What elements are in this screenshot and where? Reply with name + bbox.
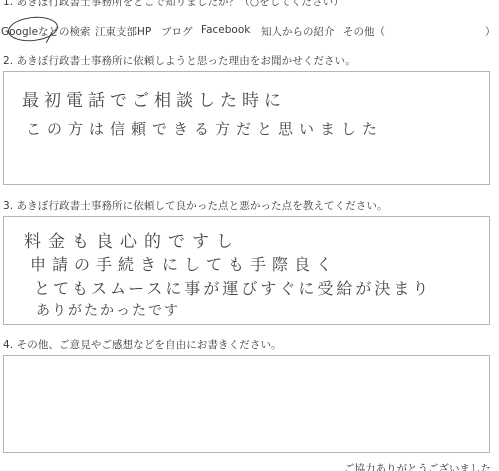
option-other[interactable]: その他（ [343,24,385,39]
question-2-answer-box[interactable]: 最初電話でご相談した時に この方は信頼できる方だと思いました [3,71,490,185]
option-koto-branch-hp[interactable]: 江東支部HP [95,24,151,39]
question-3-label: 3. あきぼ行政書士事務所に依頼して良かった点と悪かった点を教えてください。 [3,198,388,213]
answer-2-line-2: この方は信頼できる方だと思いました [26,118,383,139]
answer-3-line-3: とてもスムースに事が運びすぐに受給が決まり [34,276,431,299]
answer-3-line-4: ありがたかったです [36,300,180,320]
option-facebook[interactable]: Facebook [201,24,250,36]
question-1-label: 1. あきぼ行政書士事務所をどこで知りましたか？（○をしてください） [3,0,344,9]
question-3-answer-box[interactable]: 料金も良心的ですし 申請の手続きにしても手際良く とてもスムースに事が運びすぐに… [3,216,490,325]
option-other-close: ） [485,24,496,39]
question-4-label: 4. その他、ご意見やご感想などを自由にお書きください。 [3,337,282,352]
answer-3-line-1: 料金も良心的ですし [24,227,240,252]
thanks-message: ご協力ありがとうございました [344,461,491,471]
question-2-label: 2. あきぼ行政書士事務所に依頼しようと思った理由をお聞かせください。 [3,53,356,68]
option-blog[interactable]: ブログ [161,24,193,39]
option-referral[interactable]: 知人からの紹介 [261,24,335,39]
answer-2-line-1: 最初電話でご相談した時に [22,86,286,111]
answer-3-line-2: 申請の手続きにしても手際良く [30,252,338,275]
question-4-answer-box[interactable] [3,355,490,453]
